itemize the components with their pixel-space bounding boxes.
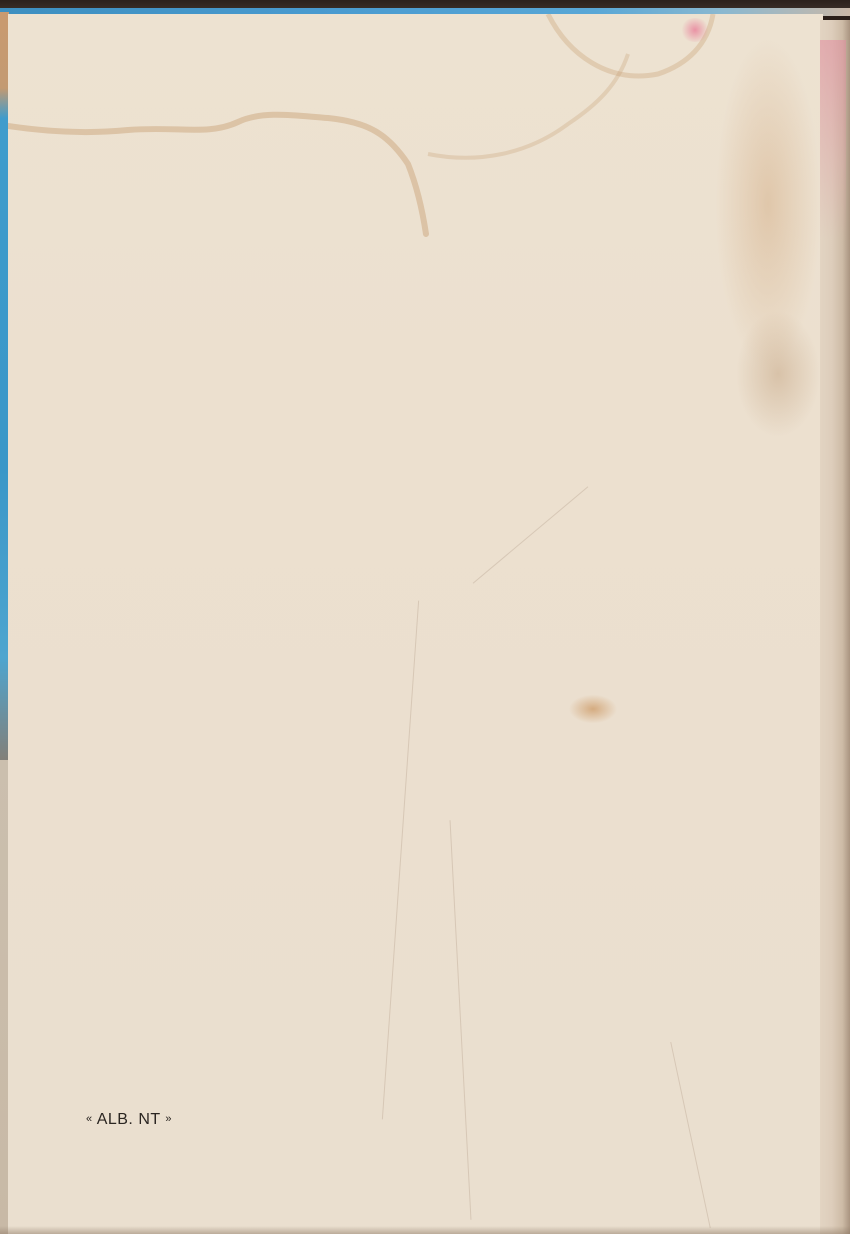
scan-bottom-edge [0, 1226, 850, 1234]
cover-left-edge [0, 760, 8, 1234]
book-back-cover-scan: « ALB. NT » [0, 0, 850, 1234]
spine-pink-stain [820, 40, 846, 240]
imprint-text: ALB. NT [97, 1111, 161, 1128]
imprint-label: « ALB. NT » [86, 1111, 172, 1129]
open-guillemet: « [86, 1113, 93, 1125]
pink-ink-mark [680, 18, 710, 42]
close-guillemet: » [165, 1113, 172, 1125]
